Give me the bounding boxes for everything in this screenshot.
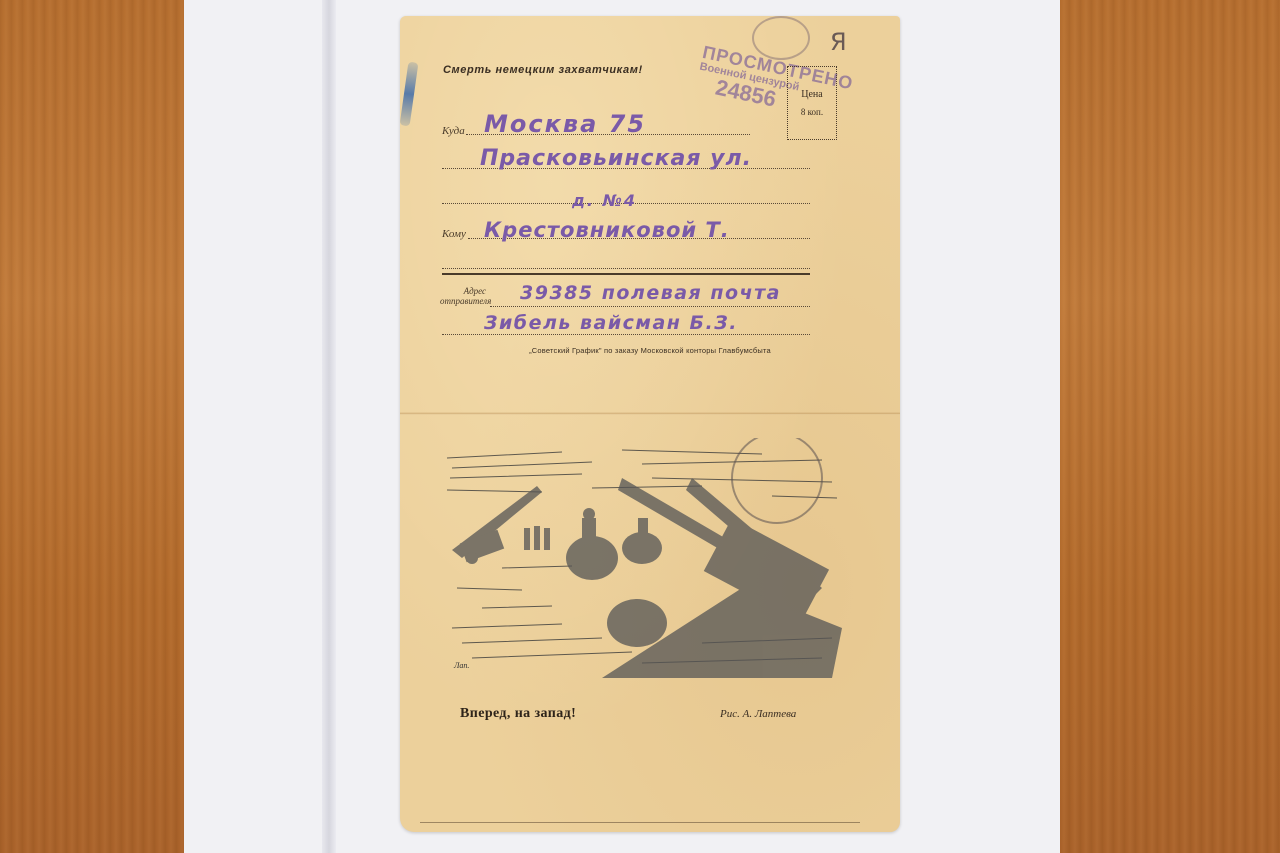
illustration-credit: Рис. А. Лаптева — [720, 708, 796, 720]
illustration-caption: Вперед, на запад! — [460, 706, 576, 722]
address-line-5 — [442, 268, 810, 269]
separator-rule — [442, 273, 810, 275]
slogan: Смерть немецким захватчикам! — [443, 64, 643, 76]
wooden-desk-right — [1058, 0, 1280, 853]
sender-field-post: 39385 полевая почта — [520, 282, 781, 304]
to-street: Прасковьинская ул. — [480, 146, 752, 171]
wooden-desk-left — [0, 0, 186, 853]
corner-pencil-mark: Я — [830, 28, 847, 56]
printer-imprint: „Советский График" по заказу Московской … — [400, 346, 900, 355]
postage-stamp-box: Цена 8 коп. — [787, 66, 837, 140]
blue-pencil-mark — [400, 62, 419, 127]
sender-label: Адрес отправителя — [440, 286, 486, 306]
letter-sheet: Смерть немецким захватчикам! ПРОСМОТРЕНО… — [400, 16, 900, 832]
price-value: 8 коп. — [788, 107, 836, 117]
whom-label: Кому — [442, 228, 466, 240]
sender-name: Зибель вайсман Б.З. — [484, 312, 738, 334]
paper-fold-crease — [400, 412, 900, 415]
sender-line-2 — [442, 334, 810, 335]
artist-signature: Лап. — [453, 661, 469, 670]
war-illustration: Лап. — [442, 438, 842, 678]
to-house: д. №4 — [572, 191, 637, 210]
bottom-perforation — [420, 822, 860, 823]
to-city: Москва 75 — [484, 110, 646, 138]
recipient-name: Крестовниковой Т. — [484, 218, 730, 242]
backing-sheet-fold — [322, 0, 336, 853]
to-label: Куда — [442, 125, 465, 137]
sender-line-1 — [490, 306, 810, 307]
price-label: Цена — [788, 89, 836, 100]
